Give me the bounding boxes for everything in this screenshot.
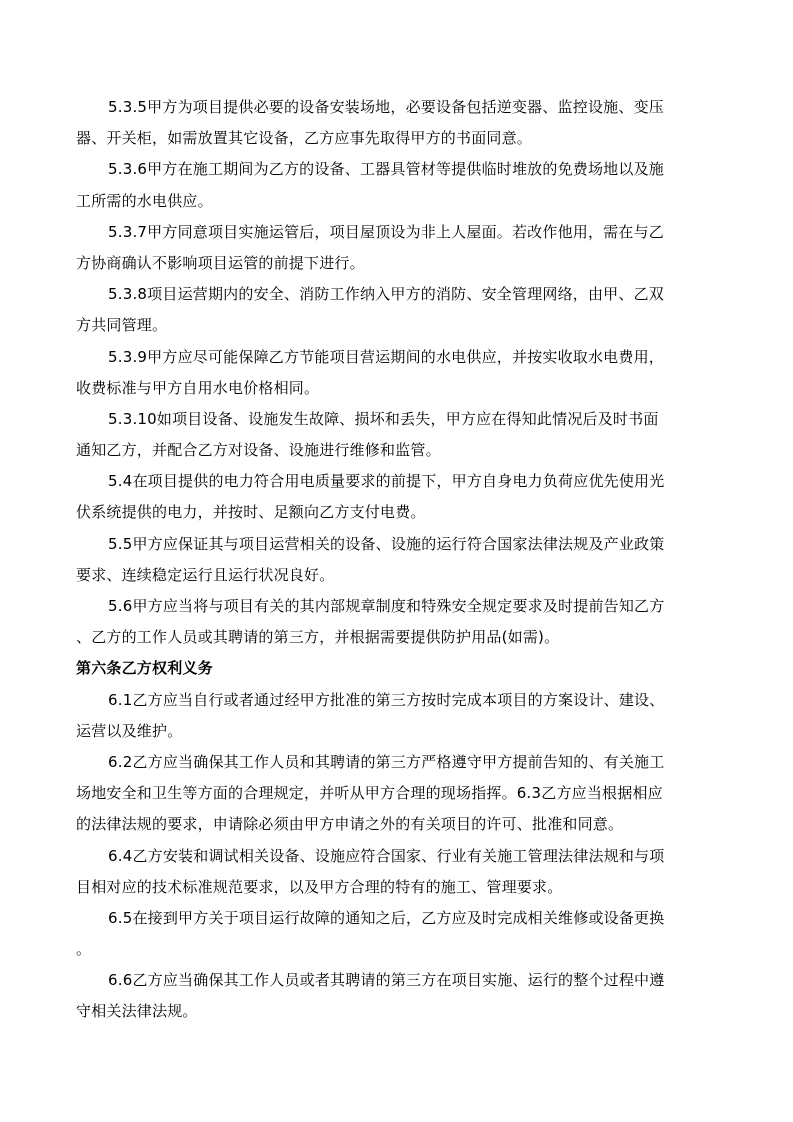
clause-6-1-line-2: 运营以及维护。: [76, 716, 719, 747]
clause-6-4-line-2: 目相对应的技术标准规范要求，以及甲方合理的特有的施工、管理要求。: [76, 872, 719, 903]
clause-6-3-line-1: 的法律法规的要求，申请除必须由甲方申请之外的有关项目的许可、批准和同意。: [76, 809, 719, 840]
clause-5-3-7-line-1: 5.3.7甲方同意项目实施运管后，项目屋顶设为非上人屋面。若改作他用，需在与乙: [76, 217, 719, 248]
clause-5-4-line-1: 5.4在项目提供的电力符合用电质量要求的前提下，甲方自身电力负荷应优先使用光: [76, 466, 719, 497]
clause-6-4-line-1: 6.4乙方安装和调试相关设备、设施应符合国家、行业有关施工管理法律法规和与项: [76, 841, 719, 872]
clause-6-5-line-2: 。: [76, 934, 719, 965]
clause-5-5-line-1: 5.5甲方应保证其与项目运营相关的设备、设施的运行符合国家法律法规及产业政策: [76, 529, 719, 560]
clause-5-3-5-line-2: 器、开关柜，如需放置其它设备，乙方应事先取得甲方的书面同意。: [76, 123, 719, 154]
clause-5-3-7-line-2: 方协商确认不影响项目运管的前提下进行。: [76, 248, 719, 279]
clause-5-6-line-1: 5.6甲方应当将与项目有关的其内部规章制度和特殊安全规定要求及时提前告知乙方: [76, 591, 719, 622]
clause-5-6-line-2: 、乙方的工作人员或其聘请的第三方，并根据需要提供防护用品(如需)。: [76, 622, 719, 653]
document-page: 5.3.5甲方为项目提供必要的设备安装场地，必要设备包括逆变器、监控设施、变压 …: [76, 92, 719, 1028]
clause-6-6-line-2: 守相关法律法规。: [76, 996, 719, 1027]
clause-6-5-line-1: 6.5在接到甲方关于项目运行故障的通知之后，乙方应及时完成相关维修或设备更换: [76, 903, 719, 934]
clause-5-4-line-2: 伏系统提供的电力，并按时、足额向乙方支付电费。: [76, 497, 719, 528]
clause-5-3-9-line-1: 5.3.9甲方应尽可能保障乙方节能项目营运期间的水电供应，并按实收取水电费用，: [76, 342, 719, 373]
clause-5-3-6-line-1: 5.3.6甲方在施工期间为乙方的设备、工器具管材等提供临时堆放的免费场地以及施: [76, 154, 719, 185]
clause-5-3-10-line-2: 通知乙方，并配合乙方对设备、设施进行维修和监管。: [76, 435, 719, 466]
clause-6-2-line-1: 6.2乙方应当确保其工作人员和其聘请的第三方严格遵守甲方提前告知的、有关施工: [76, 747, 719, 778]
clause-6-6-line-1: 6.6乙方应当确保其工作人员或者其聘请的第三方在项目实施、运行的整个过程中遵: [76, 965, 719, 996]
section-heading-article-6: 第六条乙方权利义务: [76, 653, 719, 684]
clause-5-3-5-line-1: 5.3.5甲方为项目提供必要的设备安装场地，必要设备包括逆变器、监控设施、变压: [76, 92, 719, 123]
clause-5-3-10-line-1: 5.3.10如项目设备、设施发生故障、损坏和丢失，甲方应在得知此情况后及时书面: [76, 404, 719, 435]
clause-5-3-9-line-2: 收费标准与甲方自用水电价格相同。: [76, 373, 719, 404]
clause-5-3-8-line-2: 方共同管理。: [76, 310, 719, 341]
clause-5-3-8-line-1: 5.3.8项目运营期内的安全、消防工作纳入甲方的消防、安全管理网络，由甲、乙双: [76, 279, 719, 310]
clause-6-2-line-2: 场地安全和卫生等方面的合理规定，并听从甲方合理的现场指挥。6.3乙方应当根据相应: [76, 778, 719, 809]
clause-5-5-line-2: 要求、连续稳定运行且运行状况良好。: [76, 560, 719, 591]
clause-5-3-6-line-2: 工所需的水电供应。: [76, 186, 719, 217]
clause-6-1-line-1: 6.1乙方应当自行或者通过经甲方批准的第三方按时完成本项目的方案设计、建设、: [76, 685, 719, 716]
